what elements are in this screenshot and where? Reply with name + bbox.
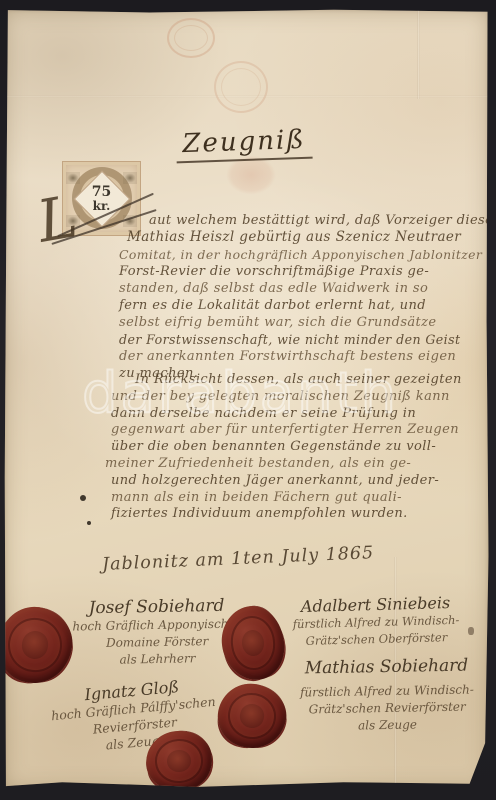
handwritten-line: der Forstwissenschaft, wie nicht minder … [95,331,487,348]
blind-stamp-round [214,61,268,113]
handwritten-line: Mathias Heiszl gebürtig aus Szenicz Neut… [95,229,487,246]
handwritten-line: über die oben benannten Gegenstände zu v… [95,439,487,456]
handwritten-line: fern es die Lokalität darbot erlernt hat… [95,297,487,314]
signature-name: Mathias Sobiehard [281,655,491,679]
handwritten-line: gegenwart aber für unterfertigter Herren… [95,422,487,439]
document-title: Zeugniß [176,125,312,164]
blind-stamp-oval [167,18,215,58]
document-title-wrap: Zeugniß [134,123,355,161]
place-date-line: Jablonitz am 1ten July 1865 [102,543,375,575]
handwritten-line: der anerkannten Forstwirthschaft bestens… [95,348,487,365]
handwritten-line: fiziertes Individuum anempfohlen wurden. [95,506,487,523]
handwritten-line: standen, daß selbst das edle Waidwerk in… [95,280,487,297]
fold-crease [417,9,420,99]
ink-dot [87,521,91,525]
handwritten-line: Comitat, in der hochgräflich Apponyische… [95,246,487,263]
handwritten-line: In Rücksicht dessen, als auch seiner gez… [95,372,487,389]
document-paper: Zeugniß 75 kr. L aut welchem bestättigt … [4,9,489,790]
signature-right-bottom: Mathias Sobiehard fürstlich Alfred zu Wi… [281,655,492,736]
stamp-value-number: 75 [92,185,111,200]
handwritten-line: aut welchem bestättigt wird, daß Vorzeig… [95,212,487,229]
handwritten-line: und holzgerechten Jäger anerkannt, und j… [95,473,487,490]
signature-right-top: Adalbert Siniebeis fürstlich Alfred zu W… [275,592,476,650]
ink-dot [80,495,86,501]
body-paragraph-1: aut welchem bestättigt wird, daß Vorzeig… [95,212,487,382]
body-paragraph-2: In Rücksicht dessen, als auch seiner gez… [95,372,487,523]
handwritten-line: mann als ein in beiden Fächern gut quali… [95,490,487,507]
handwritten-line: dann derselbe nachdem er seine Prüfung i… [95,406,487,423]
handwritten-line: selbst eifrig bemüht war, sich die Grund… [95,314,487,331]
stamp-value-unit: kr. [93,200,111,213]
handwritten-line: meiner Zufriedenheit bestanden, als ein … [95,456,487,473]
handwritten-line: und der bey gelegten moralischen Zeugniß… [95,389,487,406]
handwritten-line: Forst-Revier die vorschriftmäßige Praxis… [95,263,487,280]
